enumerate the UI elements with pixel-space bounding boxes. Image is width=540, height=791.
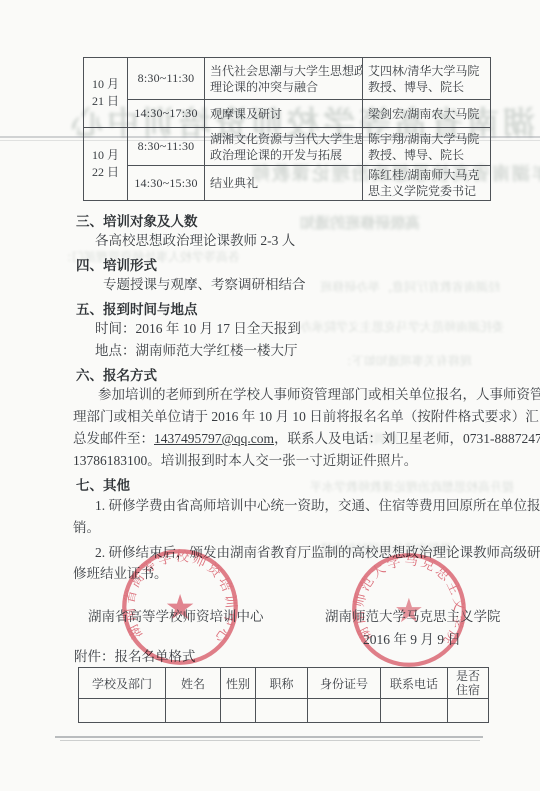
schedule-speaker-cell: 陈红桂/湖南师大马克 思主义学院党委书记 xyxy=(363,166,491,201)
section-4-heading: 四、培训形式 xyxy=(76,254,157,274)
section-7-heading: 七、其他 xyxy=(76,474,130,494)
email-line-prefix: 总发邮件至： xyxy=(73,431,154,446)
checkin-time-line: 时间：2016 年 10 月 17 日全天报到 xyxy=(95,320,301,338)
schedule-speaker-cell: 陈宇翔/湖南大学马院 教授、博导、院长 xyxy=(363,128,491,166)
bleedthrough-text: 经湖南省教育厅同意，举办研修班 xyxy=(320,278,500,295)
schedule-date-cell: 10 月 21 日 xyxy=(84,58,128,128)
schedule-table: 10 月 21 日 8:30~11:30 当代社会思潮与大学生思想政治 理论课的… xyxy=(83,57,491,201)
registration-paragraph-line: 13786183100。培训报到时本人交一张一寸近期证件照片。 xyxy=(73,452,417,470)
scan-streak xyxy=(55,736,483,738)
signup-header-lodging: 是否住宿 xyxy=(448,668,489,699)
section-3-body: 各高校思想政治理论课教师 2-3 人 xyxy=(95,232,295,250)
section-3-heading: 三、培训对象及人数 xyxy=(76,210,198,230)
signup-empty-cell xyxy=(308,699,381,723)
bleedthrough-text: 提升高校思想政治理论课教师教学水平 xyxy=(310,478,514,495)
schedule-topic-cell: 结业典礼 xyxy=(205,166,363,201)
schedule-date-cell: 10 月 22 日 xyxy=(84,128,128,201)
signup-empty-cell xyxy=(448,699,489,723)
registration-paragraph-line: 理部门或相关单位请于 2016 年 10 月 10 日前将报名名单（按附件格式要… xyxy=(73,408,539,426)
schedule-time-cell: 8:30~11:30 xyxy=(128,58,205,100)
signup-header-gender: 性别 xyxy=(221,668,256,699)
signup-empty-cell xyxy=(381,699,448,723)
other-item-1-line: 1. 研修学费由省高师培训中心统一资助，交通、住宿等费用回原所在单位报 xyxy=(95,497,540,515)
signup-header-title: 职称 xyxy=(256,668,308,699)
schedule-time-cell: 14:30~17:30 xyxy=(128,100,205,128)
schedule-speaker-cell: 艾四林/清华大学马院 教授、博导、院长 xyxy=(363,58,491,100)
registration-email: 1437495797@qq.com xyxy=(154,431,274,446)
signup-empty-cell xyxy=(166,699,221,723)
signup-empty-cell xyxy=(221,699,256,723)
schedule-time-cell: 14:30~15:30 xyxy=(128,166,205,201)
schedule-topic-cell: 观摩课及研讨 xyxy=(205,100,363,128)
scanned-document-page: 湖南省高等学校师资培训中心 2016 年湖南省高校思想政治理论课教师 高级研修班… xyxy=(0,0,540,791)
signup-empty-cell xyxy=(256,699,308,723)
section-6-heading: 六、报名方式 xyxy=(76,364,157,384)
left-org-signature: 湖南省高等学校师资培训中心 xyxy=(88,605,264,625)
other-item-1-line: 销。 xyxy=(73,519,100,537)
signup-header-school: 学校及部门 xyxy=(79,668,166,699)
bleedthrough-text: 委托湖南师范大学马克思主义学院承办 xyxy=(300,318,504,335)
scan-streak xyxy=(60,740,480,741)
schedule-topic-cell: 当代社会思潮与大学生思想政治 理论课的冲突与融合 xyxy=(205,58,363,100)
signup-header-id: 身份证号 xyxy=(308,668,381,699)
bleedthrough-text: 高级研修班的通知 xyxy=(300,212,420,233)
section-4-body: 专题授课与观摩、考察调研相结合 xyxy=(103,276,306,294)
schedule-time-cell: 8:30~11:30 xyxy=(128,128,205,166)
schedule-topic-cell: 湖湘文化资源与当代大学生思想 政治理论课的开发与拓展 xyxy=(205,128,363,166)
signup-table: 学校及部门 姓名 性别 职称 身份证号 联系电话 是否住宿 xyxy=(78,667,489,723)
registration-paragraph-line: 总发邮件至：1437495797@qq.com，联系人及电话：刘卫星老师，073… xyxy=(73,430,540,448)
signature-date: 2016 年 9 月 9 日 xyxy=(363,628,461,648)
signup-header-phone: 联系电话 xyxy=(381,668,448,699)
section-5-heading: 五、报到时间与地点 xyxy=(76,298,198,318)
bleedthrough-text: 现将有关事项通知如下： xyxy=(340,352,472,369)
right-org-signature: 湖南师范大学马克思主义学院 xyxy=(325,605,501,625)
email-line-suffix: ，联系人及电话：刘卫星老师，0731-88872474、 xyxy=(274,431,540,446)
registration-paragraph-line: 参加培训的老师到所在学校人事师资管理部门或相关单位报名，人事师资管 xyxy=(98,386,540,404)
checkin-place-line: 地点：湖南师范大学红楼一楼大厅 xyxy=(95,342,298,360)
signup-empty-cell xyxy=(79,699,166,723)
schedule-speaker-cell: 梁剑宏/湖南农大马院 xyxy=(363,100,491,128)
signup-header-name: 姓名 xyxy=(166,668,221,699)
